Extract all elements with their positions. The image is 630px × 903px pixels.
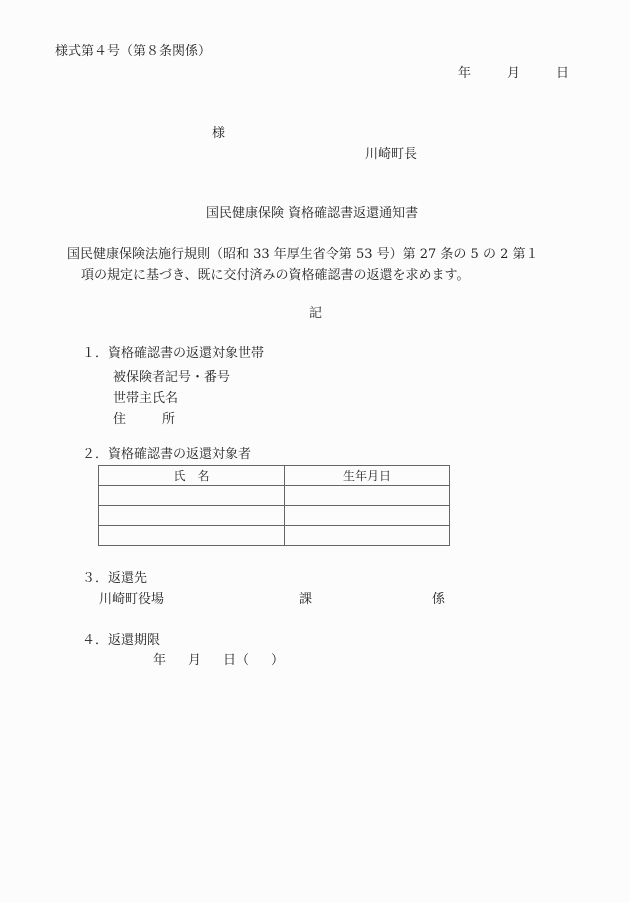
section-label: 係	[432, 592, 445, 608]
addressee-suffix: 様	[212, 126, 225, 142]
section2-heading: ２．資格確認書の返還対象者	[82, 447, 251, 463]
deadline-year: 年	[153, 653, 166, 668]
issuer: 川崎町長	[365, 147, 417, 163]
householder-name-label: 世帯主氏名	[113, 388, 230, 409]
name-cell[interactable]	[99, 486, 285, 506]
section3-heading: ３．返還先	[82, 571, 147, 587]
table-row	[99, 526, 450, 546]
date-month: 月	[507, 66, 520, 82]
body-paragraph: 国民健康保険法施行規則（昭和 33 年厚生省令第 53 号）第 27 条の 5 …	[67, 244, 557, 286]
date-year: 年	[458, 66, 471, 82]
division-label: 課	[299, 592, 312, 608]
document-title: 国民健康保険 資格確認書返還通知書	[206, 206, 418, 222]
insured-number-label: 被保険者記号・番号	[113, 367, 230, 388]
issue-date: 年月日	[458, 66, 569, 82]
section4-heading: ４．返還期限	[82, 633, 160, 649]
deadline-day: 日（	[223, 653, 249, 668]
body-line-2: 項の規定に基づき、既に交付済みの資格確認書の返還を求めます。	[81, 265, 557, 286]
body-line-1: 国民健康保険法施行規則（昭和 33 年厚生省令第 53 号）第 27 条の 5 …	[67, 244, 557, 265]
deadline-close: ）	[271, 653, 284, 668]
ki-label: 記	[309, 306, 322, 322]
section1-items: 被保険者記号・番号 世帯主氏名 住所	[113, 367, 230, 430]
name-cell[interactable]	[99, 506, 285, 526]
date-day: 日	[556, 66, 569, 82]
section1-heading: １．資格確認書の返還対象世帯	[82, 346, 264, 362]
column-birthdate: 生年月日	[285, 466, 450, 486]
office-name: 川崎町役場	[99, 592, 164, 607]
address-label: 住所	[113, 409, 230, 430]
table-row	[99, 486, 450, 506]
birthdate-cell[interactable]	[285, 526, 450, 546]
return-deadline: 年月日（）	[153, 653, 284, 669]
birthdate-cell[interactable]	[285, 486, 450, 506]
table-row	[99, 506, 450, 526]
column-name: 氏 名	[99, 466, 285, 486]
table-header-row: 氏 名 生年月日	[99, 466, 450, 486]
name-cell[interactable]	[99, 526, 285, 546]
form-number: 様式第４号（第８条関係）	[55, 44, 211, 60]
deadline-month: 月	[188, 653, 201, 668]
return-persons-table: 氏 名 生年月日	[98, 465, 450, 546]
return-destination: 川崎町役場 課 係	[99, 592, 459, 608]
birthdate-cell[interactable]	[285, 506, 450, 526]
